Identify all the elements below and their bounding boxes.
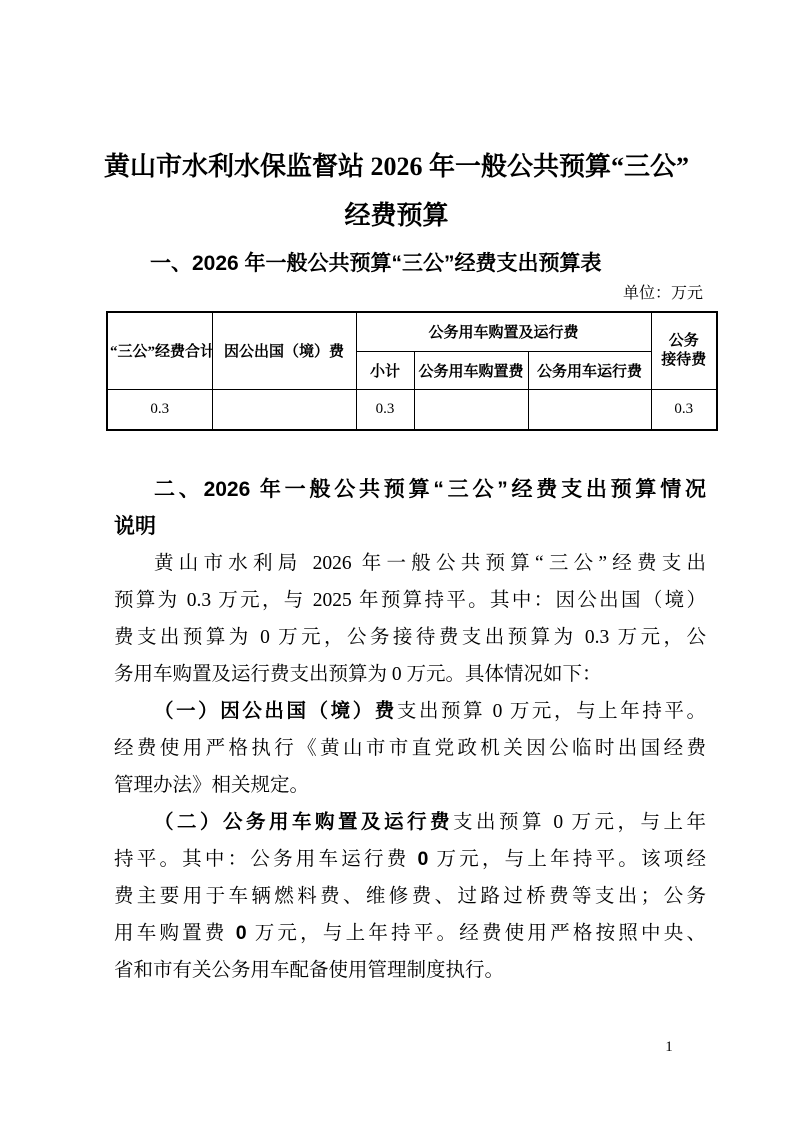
table-header-row-1: “三公”经费合计 因公出国（境）费 公务用车购置及运行费 公务 接待费 xyxy=(107,312,717,351)
page-number: 1 xyxy=(656,1038,682,1056)
header-cell-reception-line-1: 公务 xyxy=(654,332,715,351)
bold-text-run: （一）因公出国（境）费 xyxy=(154,700,397,722)
paragraph-line: （二）公务用车购置及运行费支出预算 0 万元，与上年 xyxy=(114,804,706,841)
data-cell-reception: 0.3 xyxy=(651,389,717,430)
section-2-heading-line: 二、2026 年一般公共预算“三公”经费支出预算情况 xyxy=(114,471,706,508)
header-cell-reception-line-2: 接待费 xyxy=(654,351,715,370)
header-cell-abroad: 因公出国（境）费 xyxy=(212,312,356,389)
header-cell-vehicle-group: 公务用车购置及运行费 xyxy=(356,312,651,351)
text-run: 预算为 0.3 万元，与 2025 年预算持平。其中：因公出国（境） xyxy=(114,590,706,611)
text-run: 管理办法》相关规定。 xyxy=(114,775,309,796)
text-run: 支出预算 0 万元，与上年持平。 xyxy=(397,701,706,722)
document-page: 黄山市水利水保监督站 2026 年一般公共预算“三公” 经费预算 一、2026 … xyxy=(0,0,793,1122)
text-run: 二、2026 年一般公共预算“三公”经费支出预算情况 xyxy=(154,478,706,501)
text-run: 务用车购置及运行费支出预算为 0 万元。具体情况如下： xyxy=(114,664,602,685)
paragraph-line: 预算为 0.3 万元，与 2025 年预算持平。其中：因公出国（境） xyxy=(114,582,706,619)
text-run: 费主要用于车辆燃料费、维修费、过路过桥费等支出；公务 xyxy=(114,886,706,907)
paragraph-line: 省和市有关公务用车配备使用管理制度执行。 xyxy=(114,952,706,989)
paragraph-line: 务用车购置及运行费支出预算为 0 万元。具体情况如下： xyxy=(114,656,706,693)
paragraph-line: 费主要用于车辆燃料费、维修费、过路过桥费等支出；公务 xyxy=(114,878,706,915)
text-run: 支出预算 0 万元，与上年 xyxy=(453,812,706,833)
data-cell-vehicle-operation xyxy=(528,389,651,430)
text-run: 省和市有关公务用车配备使用管理制度执行。 xyxy=(114,960,504,981)
unit-label: 单位：万元 xyxy=(114,282,703,306)
text-run: 用车购置费 xyxy=(114,923,236,944)
header-cell-total: “三公”经费合计 xyxy=(107,312,212,389)
header-cell-vehicle-purchase: 公务用车购置费 xyxy=(414,351,528,389)
text-run: 黄山市水利局 2026 年一般公共预算“三公”经费支出 xyxy=(154,553,706,574)
paragraph-line: 用车购置费 0 万元，与上年持平。经费使用严格按照中央、 xyxy=(114,915,706,952)
table-data-row: 0.3 0.3 0.3 xyxy=(107,389,717,430)
paragraph-line: 费支出预算为 0 万元，公务接待费支出预算为 0.3 万元，公 xyxy=(114,619,706,656)
document-title-line-2: 经费预算 xyxy=(0,191,793,240)
paragraph-line: 经费使用严格执行《黄山市市直党政机关因公临时出国经费 xyxy=(114,730,706,767)
document-title: 黄山市水利水保监督站 2026 年一般公共预算“三公” 经费预算 xyxy=(0,142,793,240)
text-run: 万元，与上年持平。该项经 xyxy=(428,849,706,870)
text-run: 持平。其中：公务用车运行费 xyxy=(114,849,418,870)
data-cell-abroad xyxy=(212,389,356,430)
paragraph-line: 黄山市水利局 2026 年一般公共预算“三公”经费支出 xyxy=(114,545,706,582)
document-title-line-1: 黄山市水利水保监督站 2026 年一般公共预算“三公” xyxy=(0,142,793,191)
data-cell-vehicle-purchase xyxy=(414,389,528,430)
text-run: 经费使用严格执行《黄山市市直党政机关因公临时出国经费 xyxy=(114,738,706,759)
paragraph-line: （一）因公出国（境）费支出预算 0 万元，与上年持平。 xyxy=(114,693,706,730)
header-cell-vehicle-subtotal: 小计 xyxy=(356,351,414,389)
header-cell-reception: 公务 接待费 xyxy=(651,312,717,389)
data-cell-vehicle-subtotal: 0.3 xyxy=(356,389,414,430)
bold-text-run: 0 xyxy=(236,922,247,944)
body-text: 二、2026 年一般公共预算“三公”经费支出预算情况说明黄山市水利局 2026 … xyxy=(114,471,706,989)
bold-text-run: （二）公务用车购置及运行费 xyxy=(154,811,453,833)
section-2-heading-line: 说明 xyxy=(114,508,706,545)
header-cell-vehicle-operation: 公务用车运行费 xyxy=(528,351,651,389)
paragraph-line: 管理办法》相关规定。 xyxy=(114,767,706,804)
paragraph-line: 持平。其中：公务用车运行费 0 万元，与上年持平。该项经 xyxy=(114,841,706,878)
bold-text-run: 0 xyxy=(418,848,429,870)
text-run: 万元，与上年持平。经费使用严格按照中央、 xyxy=(247,923,706,944)
section-1-heading: 一、2026 年一般公共预算“三公”经费支出预算表 xyxy=(114,247,706,281)
text-run: 说明 xyxy=(114,515,156,538)
budget-table: “三公”经费合计 因公出国（境）费 公务用车购置及运行费 公务 接待费 小计 公… xyxy=(106,311,718,431)
text-run: 费支出预算为 0 万元，公务接待费支出预算为 0.3 万元，公 xyxy=(114,627,706,648)
data-cell-total: 0.3 xyxy=(107,389,212,430)
